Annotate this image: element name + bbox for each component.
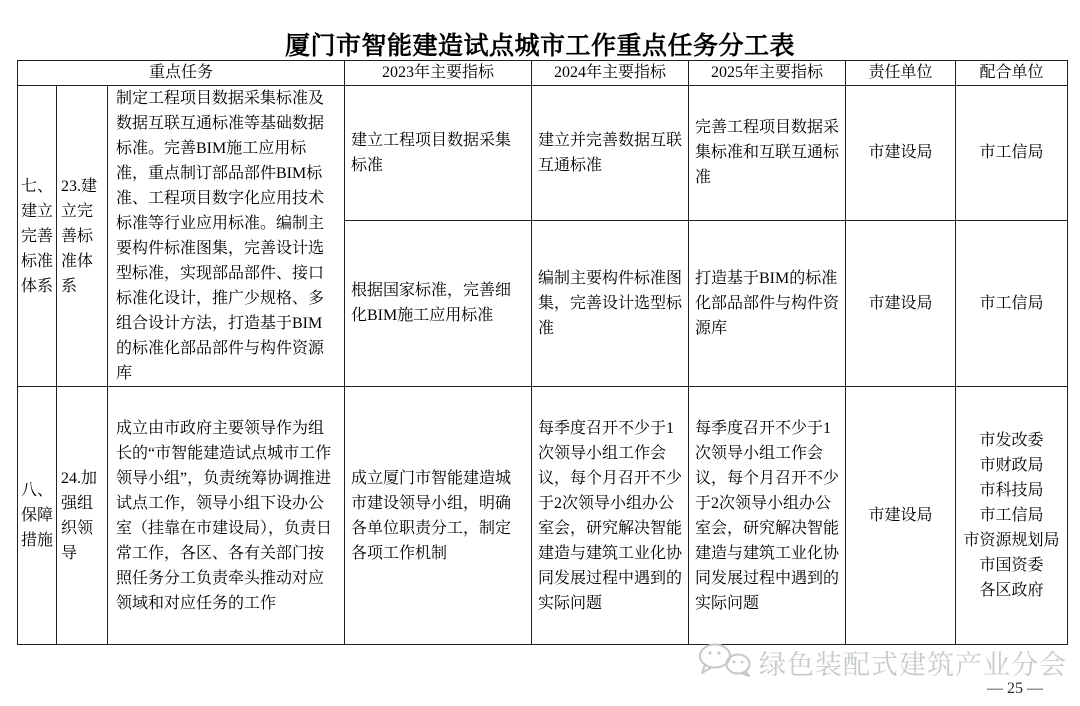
task-23b-2024-cell: 编制主要构件标准图集，完善设计选型标准 (532, 220, 689, 386)
task-24-2024-cell: 每季度召开不少于1次领导小组工作会议，每个月召开不少于2次领导小组办公室会，研究… (532, 387, 689, 645)
task-23-number-cell: 23.建立完善标准体系 (57, 86, 108, 387)
task-23b-cooperating-cell: 市工信局 (956, 220, 1068, 386)
task-24-responsible-cell: 市建设局 (846, 387, 956, 645)
page-title: 厦门市智能建造试点城市工作重点任务分工表 (0, 26, 1080, 62)
task-24-number-cell: 24.加强组织领导 (57, 387, 108, 645)
task-23-description-cell: 制定工程项目数据采集标准及数据互联互通标准等基础数据标准。完善BIM施工应用标准… (108, 86, 345, 387)
wechat-icon (697, 643, 753, 682)
safeguard-category-cell: 八、保障措施 (18, 387, 57, 645)
header-cooperating-unit: 配合单位 (956, 61, 1068, 86)
task-24-2023-cell: 成立厦门市智能建造城市建设领导小组，明确各单位职责分工，制定各项工作机制 (345, 387, 532, 645)
task-24-description-cell: 成立由市政府主要领导作为组长的“市智能建造试点城市工作领导小组”，负责统筹协调推… (108, 387, 345, 645)
task-23a-responsible-cell: 市建设局 (846, 86, 956, 221)
task-23b-2023-cell: 根据国家标准，完善细化BIM施工应用标准 (345, 220, 532, 386)
standards-row-1: 七、建立完善标准体系 23.建立完善标准体系 制定工程项目数据采集标准及数据互联… (18, 86, 1068, 221)
task-24-cooperating-cell: 市发改委 市财政局 市科技局 市工信局 市资源规划局 市国资委 各区政府 (956, 387, 1068, 645)
task-23a-2023-cell: 建立工程项目数据采集标准 (345, 86, 532, 221)
document-page: 厦门市智能建造试点城市工作重点任务分工表 重点任务 2023年主要指标 2024… (0, 0, 1080, 706)
header-2025-metrics: 2025年主要指标 (689, 61, 846, 86)
header-2023-metrics: 2023年主要指标 (345, 61, 532, 86)
standards-category-cell: 七、建立完善标准体系 (18, 86, 57, 387)
task-23a-2024-cell: 建立并完善数据互联互通标准 (532, 86, 689, 221)
task-division-table: 重点任务 2023年主要指标 2024年主要指标 2025年主要指标 责任单位 … (17, 60, 1068, 645)
header-key-tasks: 重点任务 (18, 61, 345, 86)
watermark: 绿色装配式建筑产业分会 (697, 643, 1067, 682)
watermark-text: 绿色装配式建筑产业分会 (759, 643, 1067, 682)
safeguard-row: 八、保障措施 24.加强组织领导 成立由市政府主要领导作为组长的“市智能建造试点… (18, 387, 1068, 645)
task-24-2025-cell: 每季度召开不少于1次领导小组工作会议，每个月召开不少于2次领导小组办公室会，研究… (689, 387, 846, 645)
header-2024-metrics: 2024年主要指标 (532, 61, 689, 86)
page-number: — 25 — (975, 680, 1055, 698)
task-23b-2025-cell: 打造基于BIM的标准化部品部件与构件资源库 (689, 220, 846, 386)
header-row: 重点任务 2023年主要指标 2024年主要指标 2025年主要指标 责任单位 … (18, 61, 1068, 86)
task-23a-2025-cell: 完善工程项目数据采集标准和互联互通标准 (689, 86, 846, 221)
task-23a-cooperating-cell: 市工信局 (956, 86, 1068, 221)
task-23b-responsible-cell: 市建设局 (846, 220, 956, 386)
header-responsible-unit: 责任单位 (846, 61, 956, 86)
